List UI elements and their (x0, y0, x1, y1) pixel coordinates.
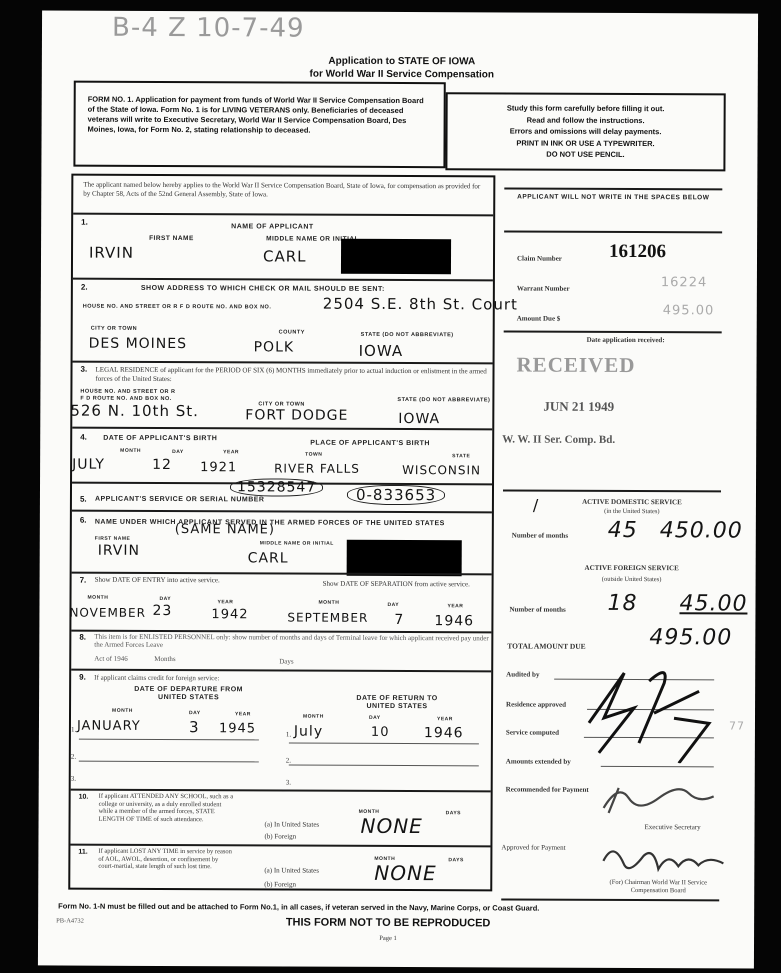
section-6-heading: NAME UNDER WHICH APPLICANT SERVED in the… (95, 519, 490, 529)
foreign-amount-value: 45.00 (679, 591, 747, 616)
section-8-text: This item is for ENLISTED PERSONNEL only… (94, 633, 489, 651)
return-month-value: July (294, 724, 323, 740)
days-label: Days (279, 657, 293, 665)
act-label: Act of 1946 (94, 655, 127, 663)
form-number-box: FORM NO. 1. Application for payment from… (73, 81, 445, 169)
form-title: Application to STATE OF IOWA (242, 55, 562, 67)
reproduction-warning: THIS FORM NOT TO BE REPRODUCED (238, 916, 538, 929)
footer-note: Form No. 1-N must be filled out and be a… (58, 902, 738, 914)
divider (504, 230, 722, 233)
year-label: YEAR (235, 711, 251, 717)
return-year-value: 1946 (424, 725, 464, 741)
foreign-label: (b) Foreign (264, 832, 296, 840)
day-label: DAY (172, 449, 184, 455)
foreign-service-sub: (outside United States) (542, 576, 722, 584)
in-us-label: (a) In United States (265, 820, 320, 828)
year-label: YEAR (437, 716, 453, 722)
divider (504, 187, 722, 190)
redacted-surname (347, 540, 462, 577)
year-label: YEAR (447, 603, 463, 609)
form-page: B-4 Z 10-7-49 Application to STATE OF IO… (38, 10, 758, 968)
chairman-signature-icon (598, 841, 728, 882)
birth-month-value: JULY (72, 457, 105, 473)
amounts-extended-label: Amounts extended by (506, 757, 571, 765)
departure-year-value: 1945 (219, 721, 256, 736)
section-2-number: 2. (81, 283, 88, 292)
row-number: 1. (286, 731, 291, 739)
domestic-service-heading: ACTIVE DOMESTIC SERVICE (542, 498, 722, 507)
foreign-months-label: Number of months (509, 605, 565, 613)
birth-town-value: RIVER FALLS (274, 461, 360, 475)
page-number: Page 1 (338, 935, 438, 942)
entry-month-value: NOVEMBER (69, 606, 146, 620)
row-number: 2. (286, 757, 291, 765)
foreign-months-value: 18 (607, 591, 637, 616)
mail-street-value: 2504 S.E. 8th St. Court (323, 295, 518, 314)
applicant-section-box (68, 174, 495, 892)
days-label: DAYS (446, 810, 461, 816)
residence-approved-label: Residence approved (506, 700, 566, 708)
state-label: STATE (452, 453, 470, 459)
separation-month-value: SEPTEMBER (287, 611, 368, 625)
first-name-value: IRVIN (89, 244, 134, 262)
amount-due-label: Amount Due $ (517, 315, 561, 323)
section-1-number: 1. (81, 218, 88, 227)
claim-number-value: 161206 (609, 241, 666, 263)
form-number-text: FORM NO. 1. Application for payment from… (88, 95, 433, 137)
serial-number-officer: 0-833653 (347, 485, 445, 505)
divider (501, 898, 719, 901)
domestic-months-label: Number of months (512, 531, 568, 539)
residence-street-value: 526 N. 10th St. (70, 402, 199, 421)
return-day-value: 10 (371, 725, 390, 740)
city-label: CITY OR TOWN (91, 326, 137, 332)
section-9-intro: If applicant claims credit for foreign s… (94, 674, 219, 683)
serial-number-enlisted: 15328547 (230, 478, 323, 496)
form-code: PB-A4732 (56, 918, 84, 925)
signature-line (601, 766, 714, 767)
section-5-number: 5. (80, 495, 87, 504)
school-attendance-value: NONE (360, 814, 422, 838)
handwritten-file-note: B-4 Z 10-7-49 (112, 13, 305, 44)
section-5-heading: APPLICANT'S SERVICE OR SERIAL NUMBER (95, 496, 265, 504)
departure-day-value: 3 (189, 718, 200, 736)
row-number: 3. (71, 775, 76, 783)
row-number: 1. (71, 726, 76, 734)
form-subtitle: for World War II Service Compensation (242, 68, 562, 80)
separation-day-value: 7 (394, 612, 404, 628)
month-label: MONTH (120, 448, 141, 454)
divider (503, 489, 721, 492)
instructions-list: Study this form carefully before filling… (447, 102, 723, 161)
approved-label: Approved for Payment (501, 843, 565, 851)
intro-text: The applicant named below hereby applies… (83, 181, 488, 201)
executive-secretary-label: Executive Secretary (645, 823, 701, 831)
residence-state-value: IOWA (398, 411, 440, 427)
domestic-service-sub: (in the United States) (542, 508, 722, 516)
service-computed-label: Service computed (506, 728, 559, 736)
day-label: DAY (387, 602, 399, 608)
board-stamp: W. W. II Ser. Comp. Bd. (502, 433, 615, 445)
received-stamp: RECEIVED (516, 353, 635, 379)
section-9-number: 9. (79, 673, 86, 682)
section-7-number: 7. (80, 576, 87, 585)
service-middle-name-value: CARL (248, 550, 289, 566)
claim-number-label: Claim Number (517, 255, 562, 263)
divider (504, 330, 722, 333)
section-10-text: If applicant ATTENDED ANY SCHOOL, such a… (99, 793, 234, 824)
year-label: YEAR (217, 599, 233, 605)
street-label: HOUSE NO. AND STREET OR R F D ROUTE NO. … (83, 304, 272, 311)
foreign-label: (b) Foreign (264, 880, 296, 888)
section-11-number: 11. (78, 849, 87, 856)
separation-year-value: 1946 (434, 613, 474, 629)
entry-year-value: 1942 (211, 607, 248, 622)
state-label: STATE (DO NOT ABBREVIATE) (370, 397, 490, 405)
birth-date-heading: DATE OF APPLICANT'S BIRTH (103, 435, 217, 442)
return-heading: DATE OF RETURN TO UNITED STATES (342, 695, 452, 710)
amount-due-value: 495.00 (663, 303, 715, 318)
section-1-heading: NAME OF APPLICANT (231, 223, 314, 230)
service-first-name-value: IRVIN (98, 543, 140, 559)
in-us-label: (a) In United States (264, 866, 319, 874)
row-number: 3. (286, 779, 291, 787)
section-3-number: 3. (81, 365, 88, 374)
month-label: MONTH (112, 708, 133, 714)
birth-state-value: WISCONSIN (402, 463, 481, 477)
row-number: 2. (71, 753, 76, 761)
section-4-number: 4. (80, 433, 87, 442)
months-label: Months (154, 655, 175, 663)
instruction-line: DO NOT USE PENCIL. (447, 148, 723, 161)
month-label: MONTH (303, 714, 324, 720)
auditor-signature-icon (579, 663, 739, 764)
birth-year-value: 1921 (200, 460, 237, 475)
year-label: YEAR (223, 449, 239, 455)
instructions-box: Study this form carefully before filling… (445, 92, 725, 171)
separation-date-heading: Show DATE OF SEPARATION from active serv… (323, 580, 488, 589)
entry-date-heading: Show DATE OF ENTRY into active service. (95, 576, 245, 585)
day-label: DAY (369, 715, 381, 721)
total-amount-value: 495.00 (649, 625, 732, 650)
month-label: MONTH (318, 600, 339, 606)
total-amount-label: TOTAL AMOUNT DUE (507, 641, 585, 650)
town-label: TOWN (305, 452, 322, 458)
section-2-heading: Show ADDRESS TO WHICH CHECK OR MAIL SHOU… (141, 285, 385, 293)
domestic-months-value: 45 (608, 518, 638, 543)
office-use-heading: APPLICANT WILL NOT WRITE IN THE SPACES B… (504, 193, 722, 202)
mail-county-value: POLK (254, 339, 295, 355)
audited-by-label: Audited by (506, 670, 539, 678)
section-10-number: 10. (79, 794, 89, 801)
departure-heading: DATE OF DEPARTURE FROM UNITED STATES (131, 686, 246, 702)
mail-state-value: IOWA (359, 342, 404, 360)
warrant-number-label: Warrant Number (517, 285, 570, 293)
section-11-text: If applicant LOST ANY TIME in service by… (98, 848, 233, 871)
warrant-number-value: 16224 (661, 275, 707, 290)
departure-month-value: JANUARY (77, 719, 141, 734)
first-name-label: FIRST NAME (95, 536, 131, 542)
days-label: DAYS (448, 857, 463, 863)
section-8-number: 8. (79, 633, 86, 642)
lost-time-value: NONE (374, 861, 436, 885)
section-6-number: 6. (80, 516, 87, 525)
middle-name-value: CARL (263, 247, 307, 265)
tick-mark: / (533, 496, 539, 515)
day-label: DAY (189, 710, 201, 716)
foreign-service-heading: ACTIVE FOREIGN SERVICE (542, 564, 722, 573)
birth-place-heading: PLACE OF APPLICANT'S BIRTH (310, 440, 430, 448)
redacted-surname (341, 239, 451, 274)
date-received-label: Date application received: (541, 336, 711, 345)
received-date-stamp: JUN 21 1949 (543, 399, 614, 415)
state-label: STATE (DO NOT ABBREVIATE) (361, 332, 454, 338)
section-3-heading: LEGAL RESIDENCE of applicant for the PER… (95, 366, 490, 385)
first-name-label: FIRST NAME (149, 235, 194, 242)
recommended-label: Recommended for Payment (506, 785, 589, 793)
month-label: MONTH (88, 595, 109, 601)
domestic-amount-value: 450.00 (660, 518, 743, 543)
middle-name-label: MIDDLE NAME OR INITIAL (260, 540, 334, 546)
residence-city-value: FORT DODGE (245, 407, 348, 423)
entry-day-value: 23 (152, 603, 172, 619)
county-label: COUNTY (279, 329, 305, 335)
mail-city-value: DES MOINES (89, 336, 187, 352)
executive-secretary-signature-icon (599, 778, 719, 819)
service-name-note: (SAME NAME) (175, 522, 275, 537)
day-label: DAY (160, 596, 172, 602)
birth-day-value: 12 (152, 457, 172, 473)
